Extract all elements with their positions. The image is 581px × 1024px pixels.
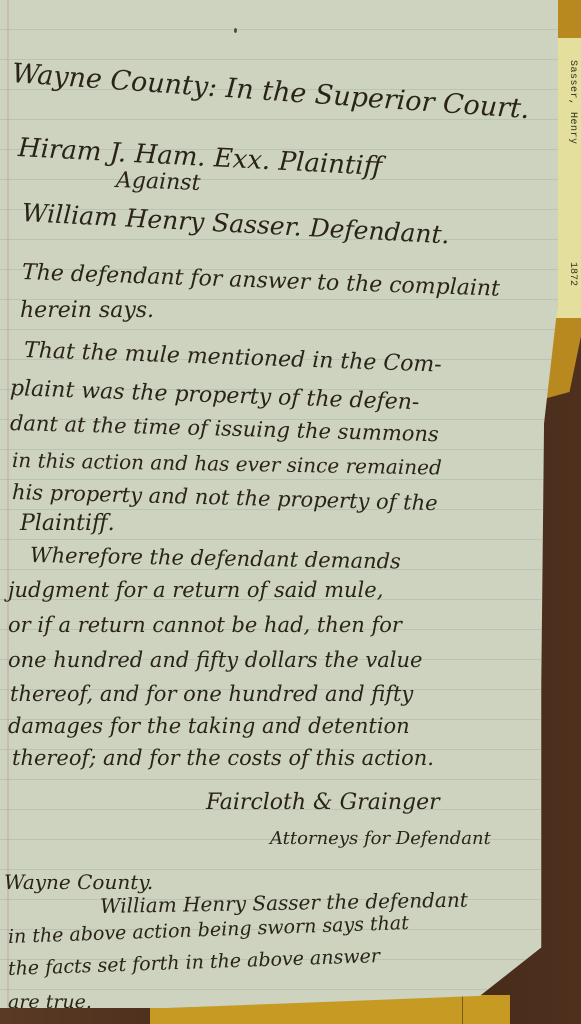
- body-line: The defendant for answer to the complain…: [22, 262, 501, 301]
- margin-line: [7, 0, 9, 1008]
- body-line: damages for the taking and detention: [8, 716, 410, 737]
- body-line: one hundred and fifty dollars the value: [8, 650, 422, 671]
- body-line: in this action and has ever since remain…: [12, 450, 442, 477]
- caption-venue: Wayne County: In the Superior Court.: [11, 60, 530, 123]
- ink-blot: [234, 28, 237, 33]
- attorney-title: Attorneys for Defendant: [270, 830, 491, 848]
- body-line: Wherefore the defendant demands: [30, 545, 401, 572]
- verification-county: Wayne County.: [4, 872, 153, 892]
- body-line: That the mule mentioned in the Com-: [24, 340, 442, 377]
- folder-tab-label-year: 1872: [556, 262, 578, 302]
- body-line: or if a return cannot be had, then for: [8, 615, 402, 636]
- verification-line: the facts set forth in the above answer: [8, 947, 381, 979]
- attorney-signature: Faircloth & Grainger: [206, 792, 440, 814]
- folder-tab-label-name: Sasser, Henry: [556, 60, 578, 170]
- caption-against: Against: [116, 170, 201, 195]
- body-line: thereof, and for one hundred and fifty: [10, 684, 413, 705]
- body-line: herein says.: [20, 300, 154, 322]
- body-line: his property and not the property of the: [12, 482, 438, 514]
- body-line: plaint was the property of the defen-: [10, 378, 420, 414]
- verification-line: in the above action being sworn says tha…: [8, 914, 409, 947]
- body-line: dant at the time of issuing the summons: [10, 413, 439, 445]
- folder-crease: [462, 995, 463, 1024]
- body-line: Plaintiff.: [20, 513, 115, 535]
- handwritten-page: Wayne County: In the Superior Court. Hir…: [0, 0, 558, 1008]
- verification-line: William Henry Sasser the defendant: [100, 890, 468, 916]
- verification-line: are true.: [8, 993, 92, 1012]
- caption-defendant: William Henry Sasser. Defendant.: [21, 200, 450, 247]
- body-line: thereof; and for the costs of this actio…: [12, 748, 434, 769]
- body-line: judgment for a return of said mule,: [8, 580, 383, 601]
- document-photo: Sasser, Henry 1872 Wayne County: In the …: [0, 0, 581, 1024]
